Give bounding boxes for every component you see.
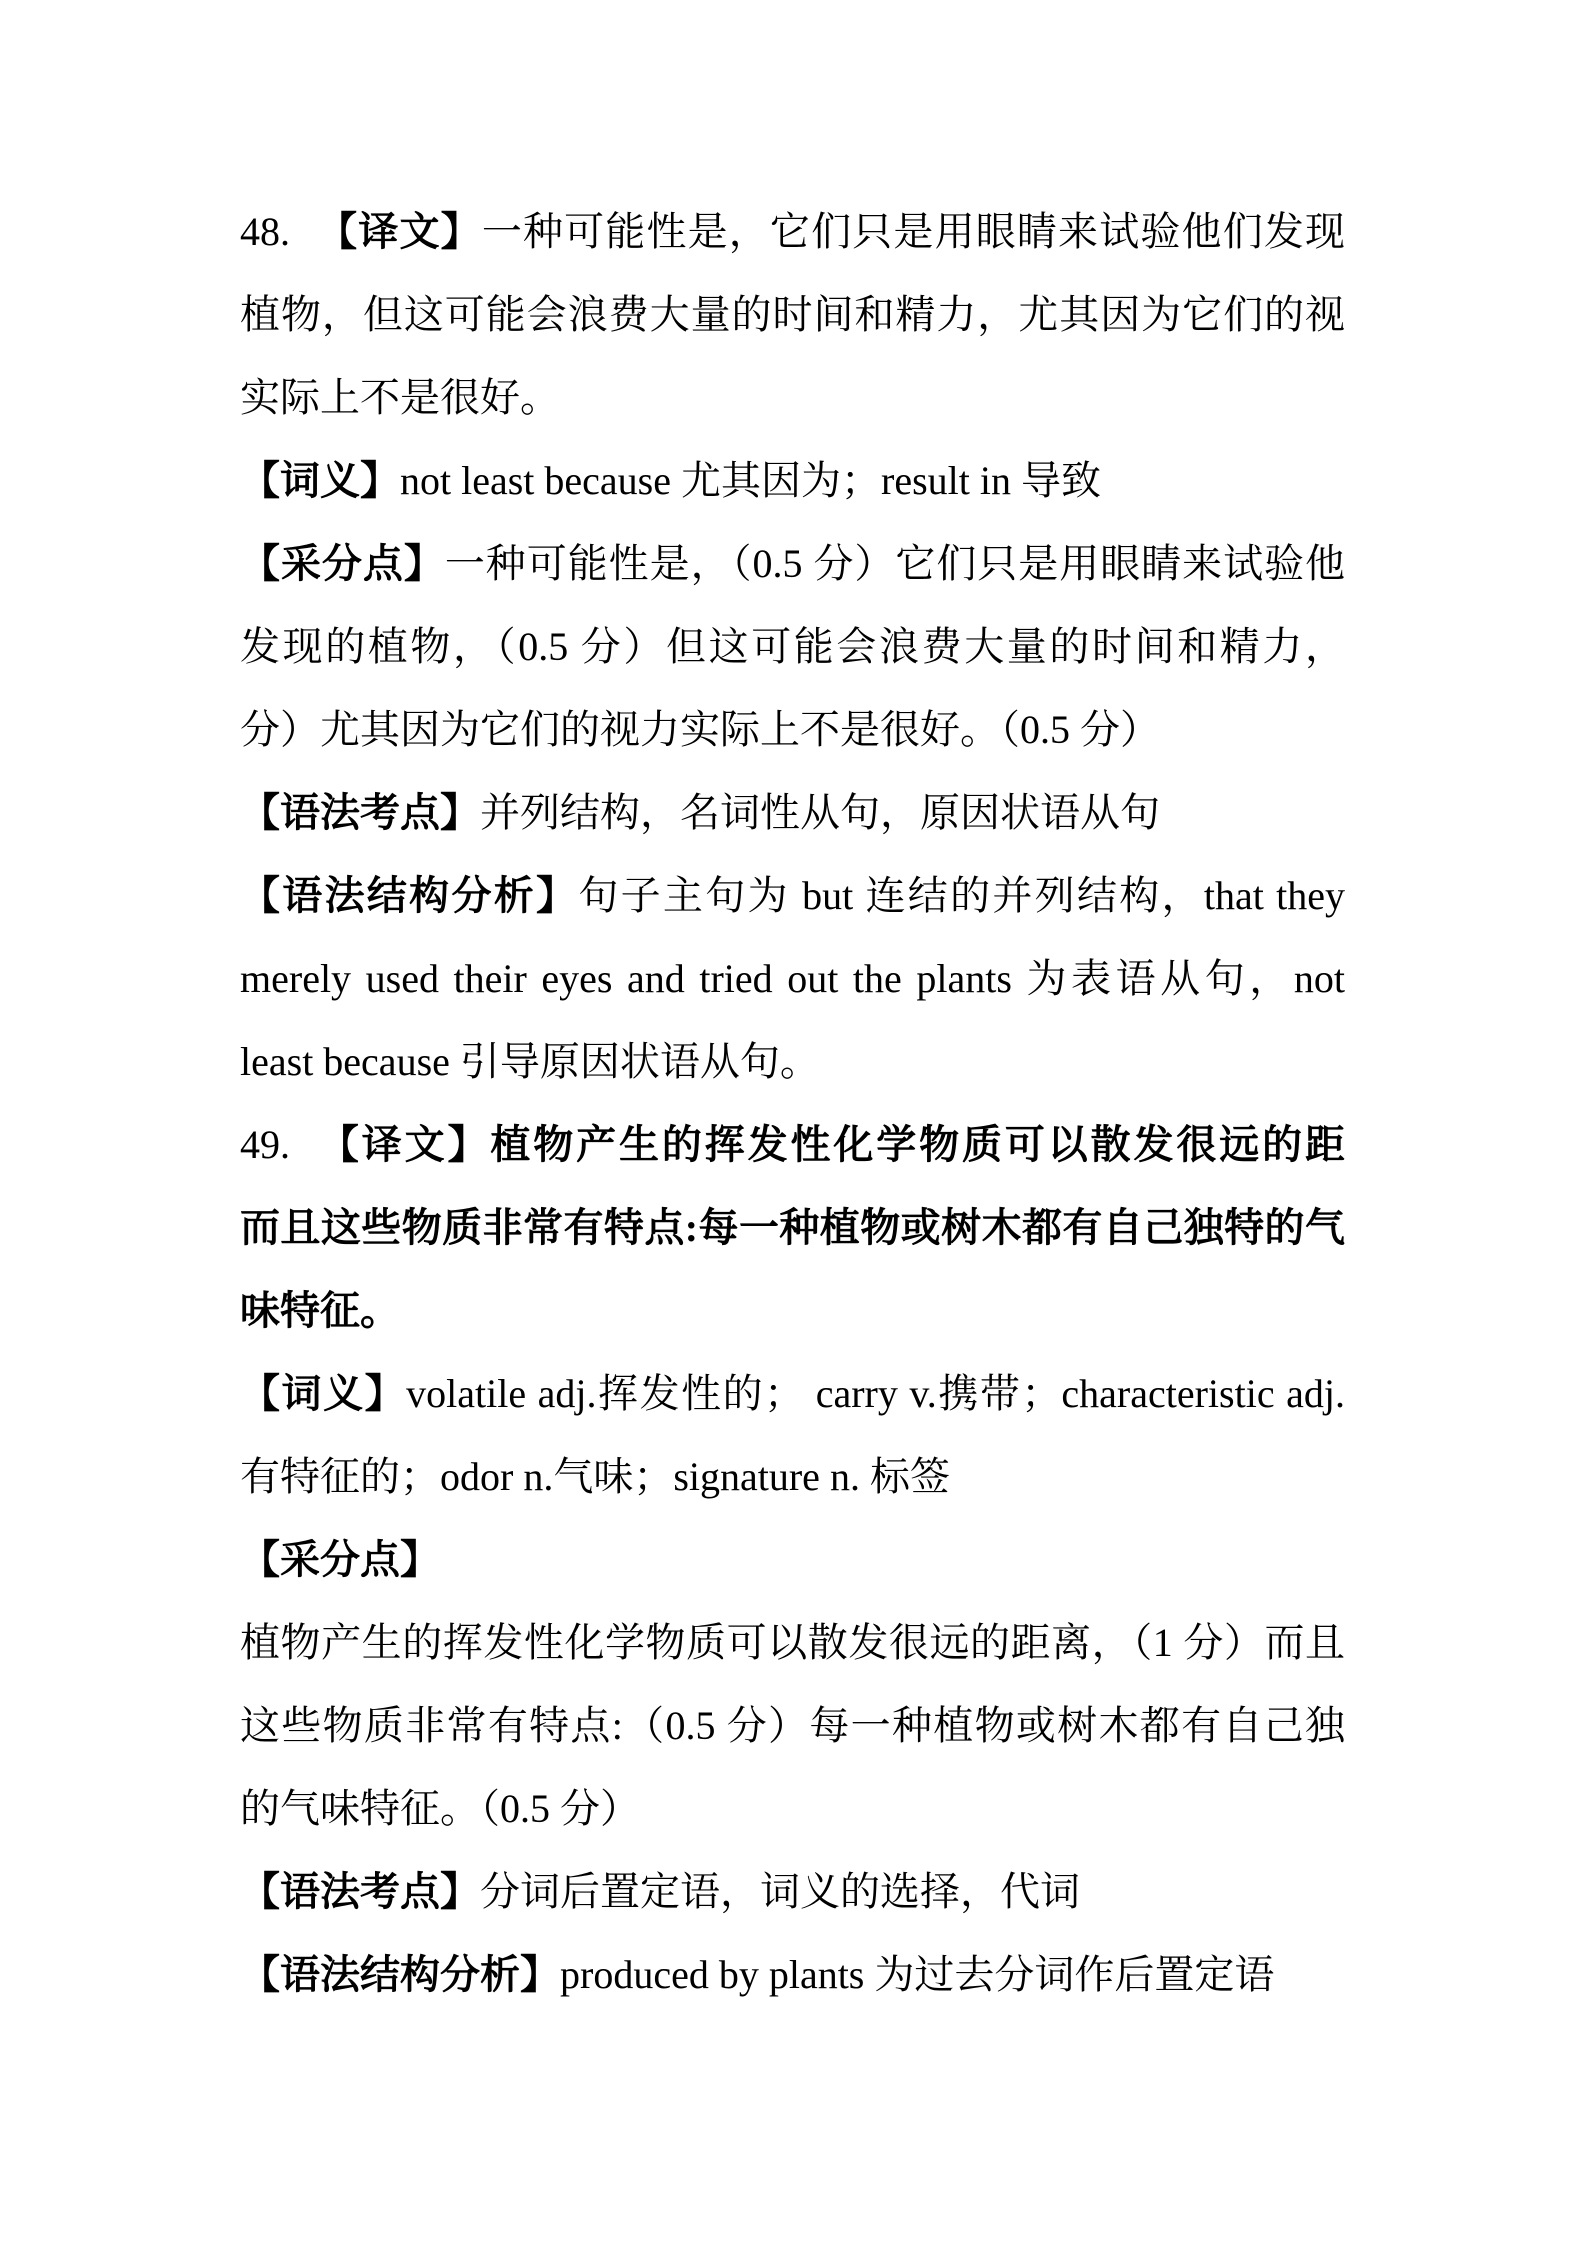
item-49-grammar-structure-analysis: 【语法结构分析】produced by plants 为过去分词作后置定语 [240, 1933, 1345, 2016]
line-text: 而且这些物质非常有特点:每一种植物或树木都有自己独特的气 [240, 1205, 1345, 1250]
line-text: 的气味特征。（0.5 分） [240, 1786, 640, 1831]
text-line: 【语法结构分析】produced by plants 为过去分词作后置定语 [240, 1933, 1345, 2016]
text-line: 【采分点】 [240, 1518, 1345, 1601]
text-line: 分）尤其因为它们的视力实际上不是很好。（0.5 分） [240, 688, 1345, 771]
text-line: 的气味特征。（0.5 分） [240, 1767, 1345, 1850]
line-text: merely used their eyes and tried out the… [240, 956, 1345, 1001]
item-49-word-meanings: 【词义】volatile adj.挥发性的； carry v.携带；charac… [240, 1352, 1345, 1518]
line-text: 植物，但这可能会浪费大量的时间和精力，尤其因为它们的视力 [240, 292, 1345, 356]
line-text: 分）尤其因为它们的视力实际上不是很好。（0.5 分） [240, 707, 1160, 752]
item-48-scoring-points: 【采分点】一种可能性是，（0.5 分）它们只是用眼睛来试验他们 发现的植物，（0… [240, 522, 1345, 771]
line-text: 并列结构，名词性从句，原因状语从句 [480, 790, 1160, 835]
text-line: 【语法考点】并列结构，名词性从句，原因状语从句 [240, 771, 1345, 854]
text-line: 【语法结构分析】句子主句为 but 连结的并列结构，that they [240, 854, 1345, 937]
section-marker: 【语法考点】 [240, 1869, 480, 1914]
line-text: produced by plants 为过去分词作后置定语 [560, 1952, 1274, 1997]
item-number: 49. [240, 1122, 290, 1167]
text-line: merely used their eyes and tried out the… [240, 937, 1345, 1020]
line-text: 味特征。 [240, 1288, 400, 1333]
section-marker: 【语法结构分析】 [240, 873, 578, 918]
section-marker: 【采分点】 [240, 1537, 440, 1582]
text-line: 48.【译文】一种可能性是，它们只是用眼睛来试验他们发现的 [240, 190, 1345, 273]
text-line: 植物产生的挥发性化学物质可以散发很远的距离，（1 分）而且 [240, 1601, 1345, 1684]
line-text: 发现的植物，（0.5 分）但这可能会浪费大量的时间和精力，（0.5 [240, 624, 1345, 688]
line-text: volatile adj.挥发性的； carry v.携带；characteri… [406, 1371, 1345, 1416]
answer-key-document: 48.【译文】一种可能性是，它们只是用眼睛来试验他们发现的 植物，但这可能会浪费… [240, 190, 1345, 2016]
text-line: 【词义】not least because 尤其因为；result in 导致 [240, 439, 1345, 522]
text-line: 【词义】volatile adj.挥发性的； carry v.携带；charac… [240, 1352, 1345, 1435]
section-marker: 【译文】 [316, 1122, 490, 1167]
text-line: 【语法考点】分词后置定语，词义的选择，代词 [240, 1850, 1345, 1933]
item-48-translation: 48.【译文】一种可能性是，它们只是用眼睛来试验他们发现的 植物，但这可能会浪费… [240, 190, 1345, 439]
text-line: 实际上不是很好。 [240, 356, 1345, 439]
item-49-translation: 49.【译文】植物产生的挥发性化学物质可以散发很远的距离， 而且这些物质非常有特… [240, 1103, 1345, 1352]
item-49-grammar-points: 【语法考点】分词后置定语，词义的选择，代词 [240, 1850, 1345, 1933]
text-line: 【采分点】一种可能性是，（0.5 分）它们只是用眼睛来试验他们 [240, 522, 1345, 605]
item-number: 48. [240, 209, 290, 254]
text-line: 有特征的；odor n.气味；signature n. 标签 [240, 1435, 1345, 1518]
line-text: least because 引导原因状语从句。 [240, 1039, 820, 1084]
section-marker: 【语法考点】 [240, 790, 480, 835]
line-text: 有特征的；odor n.气味；signature n. 标签 [240, 1454, 950, 1499]
text-line: 发现的植物，（0.5 分）但这可能会浪费大量的时间和精力，（0.5 [240, 605, 1345, 688]
section-marker: 【语法结构分析】 [240, 1952, 560, 1997]
line-text: 这些物质非常有特点:（0.5 分）每一种植物或树木都有自己独特 [240, 1703, 1345, 1767]
line-text: 植物产生的挥发性化学物质可以散发很远的距离，（1 分）而且 [240, 1620, 1345, 1665]
section-marker: 【译文】 [316, 209, 482, 254]
document-page: { "page": { "background": "#ffffff", "te… [0, 0, 1587, 2245]
text-line: 49.【译文】植物产生的挥发性化学物质可以散发很远的距离， [240, 1103, 1345, 1186]
item-48-grammar-structure-analysis: 【语法结构分析】句子主句为 but 连结的并列结构，that they mere… [240, 854, 1345, 1103]
text-line: 味特征。 [240, 1269, 1345, 1352]
line-text: 分词后置定语，词义的选择，代词 [480, 1869, 1080, 1914]
item-49-scoring-points-body: 植物产生的挥发性化学物质可以散发很远的距离，（1 分）而且 这些物质非常有特点:… [240, 1601, 1345, 1850]
text-line: least because 引导原因状语从句。 [240, 1020, 1345, 1103]
line-text: not least because 尤其因为；result in 导致 [400, 458, 1101, 503]
line-text: 实际上不是很好。 [240, 375, 560, 420]
section-marker: 【词义】 [240, 1371, 406, 1416]
text-line: 这些物质非常有特点:（0.5 分）每一种植物或树木都有自己独特 [240, 1684, 1345, 1767]
item-49-scoring-points-header: 【采分点】 [240, 1518, 1345, 1601]
line-text: 句子主句为 but 连结的并列结构，that they [578, 873, 1345, 918]
text-line: 植物，但这可能会浪费大量的时间和精力，尤其因为它们的视力 [240, 273, 1345, 356]
item-48-grammar-points: 【语法考点】并列结构，名词性从句，原因状语从句 [240, 771, 1345, 854]
item-48-word-meanings: 【词义】not least because 尤其因为；result in 导致 [240, 439, 1345, 522]
section-marker: 【词义】 [240, 458, 400, 503]
text-line: 而且这些物质非常有特点:每一种植物或树木都有自己独特的气 [240, 1186, 1345, 1269]
section-marker: 【采分点】 [240, 541, 445, 586]
